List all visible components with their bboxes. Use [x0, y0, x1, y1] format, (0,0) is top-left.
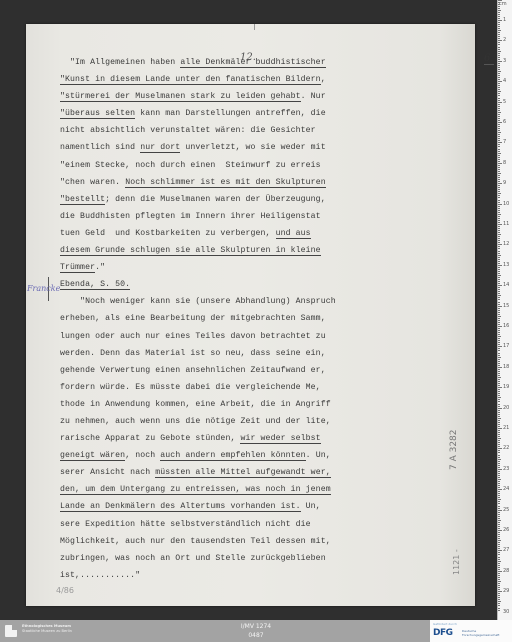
ruler-tick — [498, 212, 500, 213]
text-line: die Buddhisten pflegten im Innern ihrer … — [60, 208, 420, 225]
ruler-tick — [498, 0, 502, 1]
ruler-tick — [498, 222, 500, 223]
ruler-tick — [498, 297, 500, 298]
text-segment: . Nur — [301, 92, 326, 101]
scan-viewport: 12. 6. "Im Allgemeinen haben alle Denkmä… — [0, 0, 497, 620]
ruler-tick — [498, 318, 500, 319]
ruler-tick — [498, 69, 500, 70]
ruler-tick — [498, 322, 500, 323]
ruler-tick — [498, 16, 500, 17]
ruler-tick — [498, 489, 502, 490]
ruler-tick — [498, 259, 500, 260]
ruler-tick — [498, 391, 500, 392]
ruler-tick — [498, 357, 501, 358]
ruler-tick — [498, 455, 500, 456]
ruler-tick — [498, 2, 500, 3]
text-line: nicht absichtlich verunstaltet wären: di… — [60, 122, 420, 139]
ruler-mark-label: 18 — [503, 365, 509, 370]
ruler-tick — [498, 20, 502, 21]
ruler-tick — [498, 100, 500, 101]
ruler-tick — [498, 73, 500, 74]
funder-caption: Gefördert durch — [433, 622, 457, 626]
ruler-tick — [498, 320, 500, 321]
ruler-tick — [498, 508, 500, 509]
ruler-tick — [498, 369, 500, 370]
ruler-mark-label: 28 — [503, 569, 509, 574]
ruler-tick — [498, 571, 502, 572]
text-segment: kann man Darstellungen antreffen, die — [135, 109, 326, 118]
text-line: werden. Denn das Material ist so neu, da… — [60, 345, 420, 362]
ruler-tick — [498, 251, 500, 252]
ruler-tick — [498, 240, 500, 241]
ruler-tick — [498, 102, 502, 103]
ruler-tick — [498, 246, 500, 247]
archive-code-pencil-2: 1121 - — [452, 549, 461, 575]
ruler-tick — [498, 285, 502, 286]
ruler-mark-label: 14 — [503, 283, 509, 288]
ruler-tick — [498, 424, 500, 425]
ruler-tick — [498, 169, 500, 170]
ruler-tick — [498, 283, 500, 284]
ruler-tick — [498, 353, 500, 354]
ruler-tick — [498, 416, 500, 417]
ruler-tick — [498, 332, 500, 333]
ruler-tick — [498, 346, 502, 347]
ruler-tick — [498, 75, 500, 76]
ruler-tick — [498, 24, 500, 25]
image-identifier: I/MV 1274 0487 — [200, 622, 312, 640]
text-segment: "chen waren. — [60, 178, 125, 187]
ruler-tick — [498, 577, 500, 578]
text-segment: "Im Allgemeinen haben — [60, 58, 180, 67]
ruler-tick — [498, 200, 500, 201]
ruler-mark-label: 8 — [503, 161, 506, 166]
ruler-tick — [498, 210, 500, 211]
ruler-tick — [498, 526, 500, 527]
ruler-tick — [498, 306, 502, 307]
underlined-text: Ebenda, S. 50. — [60, 280, 130, 290]
ruler-tick — [498, 387, 502, 388]
ruler-tick — [498, 350, 500, 351]
ruler-tick — [498, 404, 500, 405]
ruler-tick — [498, 224, 502, 225]
text-line: Trümmer." — [60, 259, 420, 276]
ruler-tick — [498, 530, 502, 531]
ruler-tick — [498, 412, 500, 413]
ruler-tick — [498, 348, 500, 349]
ruler-tick — [498, 138, 500, 139]
ruler-mark-label: 27 — [503, 548, 509, 553]
ruler-tick — [498, 532, 500, 533]
ruler-tick — [498, 534, 500, 535]
ruler-tick — [498, 110, 500, 111]
ruler-tick — [498, 575, 500, 576]
ruler-tick — [498, 330, 500, 331]
text-segment: "einem Stecke, noch durch einen Steinwur… — [60, 161, 321, 170]
ruler-tick — [498, 38, 500, 39]
ruler-tick — [498, 389, 500, 390]
ruler-tick — [498, 336, 501, 337]
ruler-tick — [498, 293, 500, 294]
ruler-tick — [498, 132, 501, 133]
text-segment: nicht absichtlich verunstaltet wären: di… — [60, 126, 316, 135]
ruler-tick — [498, 51, 501, 52]
text-line: "einem Stecke, noch durch einen Steinwur… — [60, 157, 420, 174]
ruler-tick — [498, 595, 500, 596]
ruler-tick — [498, 22, 500, 23]
ruler-tick — [498, 257, 500, 258]
ruler-tick — [498, 395, 500, 396]
ruler-tick — [498, 104, 500, 105]
ruler-mark-label: 22 — [503, 446, 509, 451]
ruler-tick — [498, 263, 500, 264]
ruler-tick — [498, 36, 500, 37]
ruler-tick — [498, 134, 500, 135]
ruler-tick — [498, 89, 500, 90]
ruler-tick — [498, 587, 500, 588]
ruler-tick — [498, 326, 502, 327]
ruler-tick — [498, 608, 500, 609]
ruler-tick — [498, 516, 500, 517]
ruler-tick — [498, 208, 500, 209]
ruler-tick — [498, 359, 500, 360]
ruler-mark-label: 1 — [503, 18, 506, 23]
ruler-tick — [498, 524, 500, 525]
ruler-tick — [498, 146, 500, 147]
ruler-tick — [498, 601, 501, 602]
ruler-tick — [498, 483, 500, 484]
ruler-tick — [498, 120, 500, 121]
ruler-tick — [498, 234, 501, 235]
ruler-tick — [498, 583, 500, 584]
ruler-tick — [498, 189, 500, 190]
text-segment: fordern würde. Es müsste dabei die vergl… — [60, 383, 321, 392]
ruler-tick — [498, 42, 500, 43]
ruler-tick — [498, 434, 500, 435]
ruler-mark-label: 20 — [503, 406, 509, 411]
ruler-mark-label: 16 — [503, 324, 509, 329]
ruler-tick — [498, 18, 500, 19]
ruler-tick — [498, 565, 500, 566]
text-line: geneigt wären, noch auch andern empfehle… — [60, 447, 420, 464]
ruler-tick — [498, 71, 501, 72]
ruler-tick — [498, 493, 500, 494]
ruler-tick — [498, 406, 500, 407]
ruler-tick — [498, 589, 500, 590]
ruler-tick — [498, 324, 500, 325]
ruler-tick — [498, 34, 500, 35]
ruler-mark-label: 17 — [503, 344, 509, 349]
ruler-tick — [498, 165, 500, 166]
ruler-tick — [498, 295, 501, 296]
page-fold-mark — [254, 24, 255, 30]
ruler-tick — [498, 487, 500, 488]
ruler-mark-label: 19 — [503, 385, 509, 390]
ruler-tick — [498, 563, 500, 564]
ruler-tick — [498, 610, 500, 611]
ruler-tick — [498, 559, 500, 560]
ruler-tick — [498, 518, 500, 519]
ruler-mark-label: 11 — [503, 222, 509, 227]
ruler-tick — [498, 408, 502, 409]
ruler-tick — [498, 495, 500, 496]
text-segment: Möglichkeit, auch nur den tausendsten Te… — [60, 537, 331, 546]
ruler-tick — [498, 98, 500, 99]
ruler-tick — [498, 452, 500, 453]
text-line: fordern würde. Es müsste dabei die vergl… — [60, 379, 420, 396]
ruler-tick — [498, 187, 500, 188]
ruler-tick — [498, 151, 500, 152]
ruler-tick — [498, 340, 500, 341]
ruler-mark-label: 6 — [503, 120, 506, 125]
ruler-tick — [498, 232, 500, 233]
text-segment: ist,..........." — [60, 571, 140, 580]
ruler-tick — [498, 6, 500, 7]
ruler-tick — [498, 195, 500, 196]
institution-label: Ethnologisches Museum Staatliche Museen … — [22, 624, 72, 634]
ruler-tick — [498, 448, 502, 449]
ruler-tick — [498, 216, 500, 217]
cm-ruler: cm 1234567891011121314151617181920212223… — [497, 0, 512, 620]
text-segment: zu nehmen, auch wenn uns die nötige Zeit… — [60, 417, 331, 426]
underlined-text: "stürmerei der Muselmanen stark zu leide… — [60, 92, 301, 102]
ruler-tick — [498, 512, 500, 513]
ruler-tick — [498, 47, 500, 48]
text-line: thode in Anwendung kommen, eine Arbeit, … — [60, 396, 420, 413]
ruler-tick — [498, 83, 500, 84]
ruler-tick — [498, 377, 501, 378]
ruler-tick — [498, 93, 500, 94]
institution-sub: Staatliche Museen zu Berlin — [22, 629, 72, 633]
ruler-tick — [498, 236, 500, 237]
ruler-tick — [498, 440, 500, 441]
ruler-tick — [498, 561, 501, 562]
ruler-tick — [498, 65, 500, 66]
text-line: Möglichkeit, auch nur den tausendsten Te… — [60, 533, 420, 550]
ruler-tick — [498, 4, 500, 5]
ruler-tick — [498, 87, 500, 88]
ruler-tick — [498, 446, 500, 447]
text-line: Ebenda, S. 50. — [60, 276, 420, 293]
ruler-unit: cm — [499, 1, 507, 7]
ruler-tick — [498, 538, 500, 539]
text-segment: serer Ansicht nach — [60, 468, 155, 477]
text-line: Lande an Denkmälern des Altertums vorhan… — [60, 498, 420, 515]
text-segment: werden. Denn das Material ist so neu, da… — [60, 349, 326, 358]
ruler-mark-label: 25 — [503, 508, 509, 513]
ruler-tick — [498, 597, 500, 598]
ruler-tick — [498, 191, 500, 192]
ruler-mark-label: 3 — [503, 59, 506, 64]
ruler-tick — [498, 540, 501, 541]
ruler-tick — [498, 481, 500, 482]
ruler-tick — [498, 548, 500, 549]
ruler-tick — [498, 61, 502, 62]
ruler-tick — [498, 550, 502, 551]
ruler-mark-label: 10 — [503, 202, 509, 207]
ruler-tick — [498, 118, 500, 119]
text-segment: . Un, — [306, 451, 331, 460]
ruler-tick — [498, 55, 500, 56]
ruler-tick — [498, 414, 500, 415]
ruler-tick — [498, 12, 500, 13]
ruler-tick — [498, 242, 500, 243]
text-line: "Im Allgemeinen haben alle Denkmäler bud… — [60, 54, 420, 71]
ruler-tick — [498, 142, 502, 143]
ruler-tick — [498, 238, 500, 239]
ruler-tick — [498, 342, 500, 343]
ruler-tick — [498, 338, 500, 339]
ruler-tick — [498, 573, 500, 574]
ruler-mark-label: 13 — [503, 263, 509, 268]
ruler-tick — [498, 599, 500, 600]
ruler-tick — [498, 302, 500, 303]
ruler-tick — [498, 140, 500, 141]
ruler-tick — [498, 159, 500, 160]
ruler-tick — [498, 161, 500, 162]
text-line: rarische Apparat zu Gebote stünden, wir … — [60, 430, 420, 447]
ruler-tick — [498, 57, 500, 58]
ruler-tick — [498, 218, 500, 219]
text-line: namentlich sind nur dort unverletzt, wo … — [60, 139, 420, 156]
underlined-text: "Kunst in diesem Lande unter den fanatis… — [60, 75, 321, 85]
ruler-tick — [498, 95, 500, 96]
ruler-tick — [498, 514, 500, 515]
ruler-tick — [498, 475, 500, 476]
ruler-tick — [498, 175, 500, 176]
ruler-tick — [498, 122, 502, 123]
ruler-tick — [498, 520, 501, 521]
ruler-tick — [498, 289, 500, 290]
ruler-tick — [498, 214, 501, 215]
ruler-tick — [498, 44, 500, 45]
ruler-tick — [498, 479, 501, 480]
text-line: tuen Geld und Kostbarkeiten zu verbergen… — [60, 225, 420, 242]
text-line: zubringen, was noch an Ort und Stelle zu… — [60, 550, 420, 567]
ruler-tick — [498, 202, 500, 203]
ruler-tick — [498, 542, 500, 543]
ruler-tick — [498, 373, 500, 374]
ruler-tick — [498, 114, 500, 115]
ruler-tick — [498, 422, 500, 423]
ruler-tick — [498, 106, 500, 107]
ruler-mark-label: 26 — [503, 528, 509, 533]
funder-name: Deutsche Forschungsgemeinschaft — [462, 629, 499, 637]
ruler-mark-label: 24 — [503, 487, 509, 492]
ruler-tick — [498, 291, 500, 292]
ruler-tick — [498, 49, 500, 50]
ruler-tick — [498, 355, 500, 356]
underlined-text: wir weder selbst — [240, 434, 320, 444]
ruler-tick — [498, 226, 500, 227]
ruler-tick — [498, 363, 500, 364]
ruler-tick — [498, 361, 500, 362]
text-line: serer Ansicht nach müssten alle Mittel a… — [60, 464, 420, 481]
ruler-tick — [498, 420, 500, 421]
margin-annotation: Francke — [27, 284, 60, 293]
ruler-tick — [498, 569, 500, 570]
text-segment: zubringen, was noch an Ort und Stelle zu… — [60, 554, 326, 563]
text-segment: erheben, als eine Bearbeitung der mitgeb… — [60, 314, 326, 323]
text-line: gehende Verwertung einen ansehnlichen Ze… — [60, 362, 420, 379]
ruler-tick — [498, 28, 500, 29]
text-segment: sere Expedition hätte selbstverständlich… — [60, 520, 311, 529]
text-line: erheben, als eine Bearbeitung der mitgeb… — [60, 310, 420, 327]
text-line: "Noch weniger kann sie (unsere Abhandlun… — [60, 293, 420, 310]
ruler-tick — [498, 473, 500, 474]
ruler-tick — [498, 255, 501, 256]
ruler-tick — [498, 567, 500, 568]
ruler-tick — [498, 228, 500, 229]
ruler-tick — [498, 371, 500, 372]
ruler-tick — [498, 467, 500, 468]
text-line: "überaus selten kann man Darstellungen a… — [60, 105, 420, 122]
ruler-tick — [498, 273, 500, 274]
ruler-tick — [498, 506, 500, 507]
museum-logo-icon — [5, 625, 17, 637]
ruler-tick — [498, 79, 500, 80]
ruler-tick — [498, 436, 500, 437]
ruler-tick — [498, 379, 500, 380]
text-segment: lungen oder auch nur eines Teiles davon … — [60, 332, 326, 341]
ruler-tick — [498, 418, 501, 419]
signature-label: I/MV 1274 — [200, 622, 312, 631]
underlined-text: diesem Grunde schlugen sie alle Skulptur… — [60, 246, 321, 256]
text-segment: ; denn die Muselmanen waren der Überzeug… — [105, 195, 326, 204]
text-segment: thode in Anwendung kommen, eine Arbeit, … — [60, 400, 331, 409]
ruler-tick — [498, 32, 500, 33]
ruler-mark-label: 29 — [503, 589, 509, 594]
ruler-tick — [498, 265, 502, 266]
ruler-tick — [498, 554, 500, 555]
ruler-tick — [498, 26, 500, 27]
ruler-tick — [498, 112, 501, 113]
underlined-text: Lande an Denkmälern des Altertums vorhan… — [60, 502, 301, 512]
ruler-tick — [498, 183, 502, 184]
ruler-tick — [498, 299, 500, 300]
ruler-tick — [498, 277, 500, 278]
ruler-tick — [498, 30, 501, 31]
underlined-text: alle Denkmäler buddhistischer — [180, 58, 325, 68]
ruler-tick — [498, 334, 500, 335]
ruler-mark-label: 2 — [503, 38, 506, 43]
ruler-tick — [498, 130, 500, 131]
ruler-mark-label: 30 — [503, 610, 509, 615]
page-number: 6. — [484, 54, 494, 65]
ruler-tick — [498, 310, 500, 311]
dfg-logo: Gefördert durch DFG Deutsche Forschungsg… — [430, 620, 512, 642]
ruler-tick — [498, 124, 500, 125]
ruler-tick — [498, 275, 501, 276]
typewritten-text: "Im Allgemeinen haben alle Denkmäler bud… — [60, 54, 420, 584]
ruler-tick — [498, 253, 500, 254]
text-segment: namentlich sind — [60, 143, 140, 152]
underlined-text: und aus — [276, 229, 311, 239]
ruler-tick — [498, 499, 501, 500]
ruler-tick — [498, 522, 500, 523]
ruler-tick — [498, 365, 500, 366]
ruler-tick — [498, 14, 500, 15]
ruler-tick — [498, 581, 501, 582]
ruler-tick — [498, 477, 500, 478]
ruler-tick — [498, 126, 500, 127]
ruler-tick — [498, 53, 500, 54]
ruler-tick — [498, 557, 500, 558]
ruler-tick — [498, 471, 500, 472]
ruler-tick — [498, 181, 500, 182]
ruler-tick — [498, 375, 500, 376]
ruler-mark-label: 9 — [503, 181, 506, 186]
